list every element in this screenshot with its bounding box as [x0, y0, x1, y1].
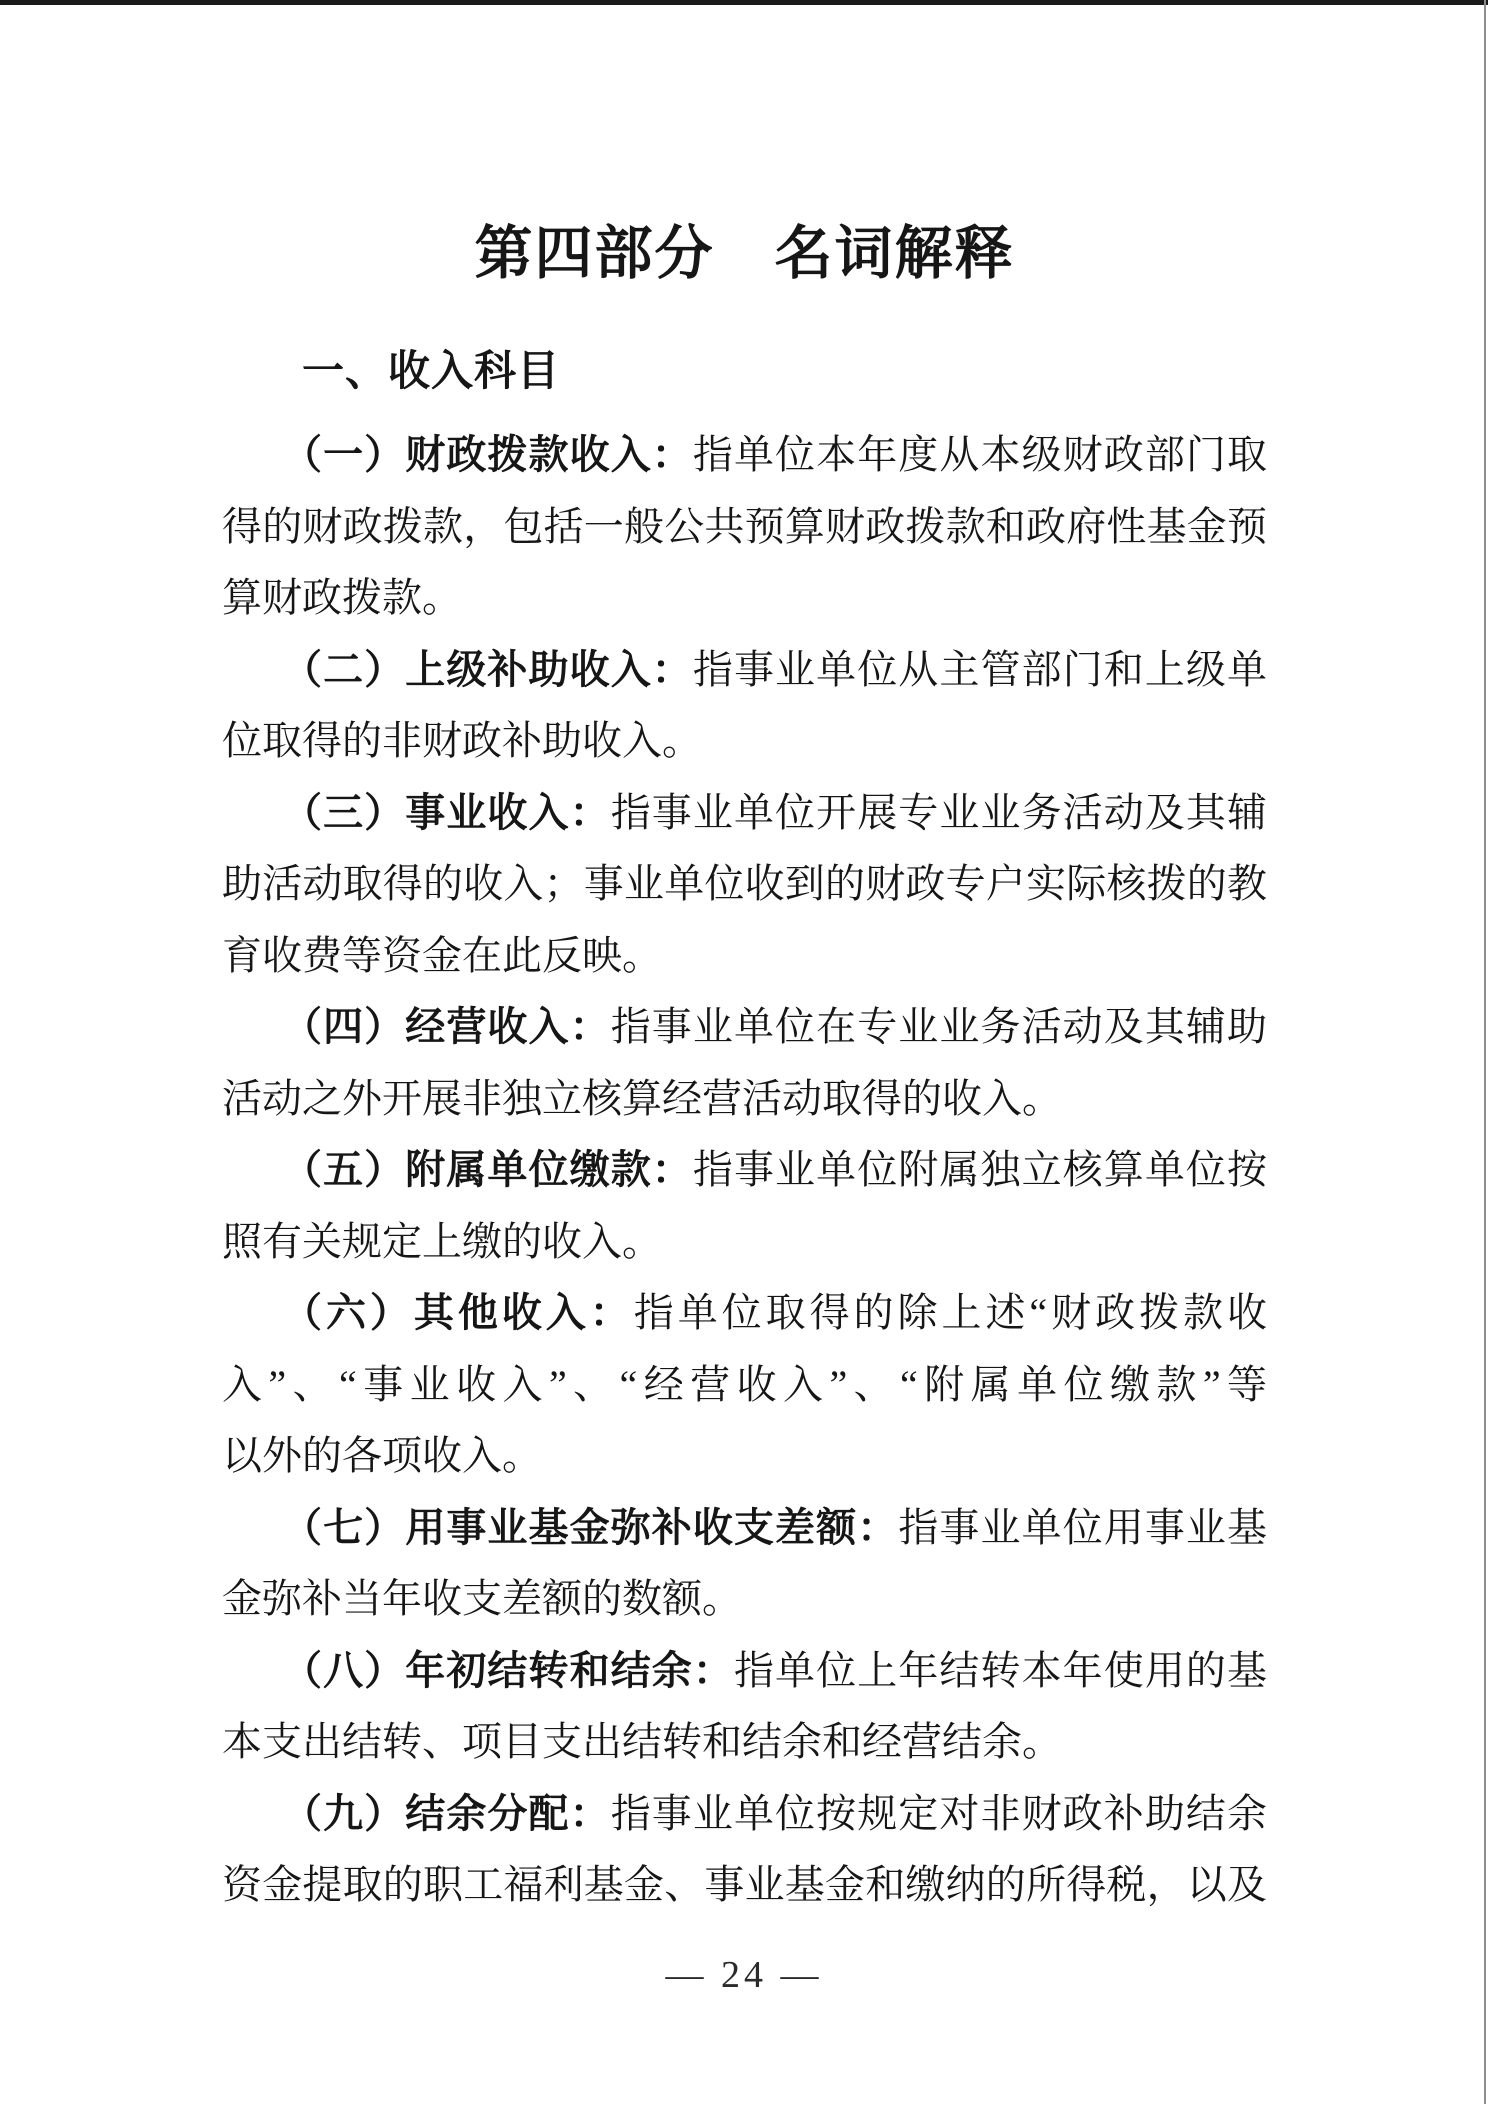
- document-body: （一）财政拨款收入：指单位本年度从本级财政部门取 得的财政拨款，包括一般公共预算…: [222, 419, 1267, 1921]
- term-label: （七）用事业基金弥补收支差额：: [282, 1506, 898, 1550]
- definition-text: 指单位上年结转本年使用的基: [734, 1648, 1267, 1693]
- definition-text: 金弥补当年收支差额的数额。: [222, 1576, 742, 1621]
- paragraph-line: 位取得的非财政补助收入。: [222, 705, 1267, 777]
- paragraph-line: 助活动取得的收入；事业单位收到的财政专户实际核拨的教: [222, 848, 1267, 920]
- definition-text: 活动之外开展非独立核算经营活动取得的收入。: [222, 1076, 1062, 1121]
- definition-text: 入”、“事业收入”、“经营收入”、“附属单位缴款”等: [222, 1362, 1267, 1407]
- definition-text: 位取得的非财政补助收入。: [222, 718, 702, 763]
- term-label: （四）经营收入：: [282, 1005, 611, 1049]
- paragraph-line: 得的财政拨款，包括一般公共预算财政拨款和政府性基金预: [222, 491, 1267, 563]
- paragraph-line: 算财政拨款。: [222, 562, 1267, 634]
- definition-text: 指单位本年度从本级财政部门取: [693, 432, 1267, 477]
- paragraph-line: 资金提取的职工福利基金、事业基金和缴纳的所得税，以及: [222, 1849, 1267, 1921]
- paragraph-line: （三）事业收入：指事业单位开展专业业务活动及其辅: [222, 777, 1267, 849]
- paragraph-line: （七）用事业基金弥补收支差额：指事业单位用事业基: [222, 1492, 1267, 1564]
- definition-text: 指事业单位在专业业务活动及其辅助: [611, 1004, 1267, 1049]
- paragraph-line: 活动之外开展非独立核算经营活动取得的收入。: [222, 1063, 1267, 1135]
- paragraph-line: 以外的各项收入。: [222, 1420, 1267, 1492]
- paragraph-line: 金弥补当年收支差额的数额。: [222, 1563, 1267, 1635]
- page-number: — 24 —: [0, 1950, 1488, 2000]
- term-label: （二）上级补助收入：: [282, 648, 693, 692]
- definition-text: 育收费等资金在此反映。: [222, 933, 662, 978]
- page-title: 第四部分 名词解释: [222, 222, 1267, 286]
- definition-text: 资金提取的职工福利基金、事业基金和缴纳的所得税，以及: [222, 1862, 1267, 1907]
- definition-text: 指事业单位开展专业业务活动及其辅: [611, 790, 1267, 835]
- definition-text: 指事业单位用事业基: [898, 1505, 1267, 1550]
- term-label: （五）附属单位缴款：: [282, 1148, 693, 1192]
- definition-text: 指事业单位按规定对非财政补助结余: [611, 1791, 1267, 1836]
- definition-text: 得的财政拨款，包括一般公共预算财政拨款和政府性基金预: [222, 504, 1267, 549]
- definition-text: 本支出结转、项目支出结转和结余和经营结余。: [222, 1719, 1062, 1764]
- paragraph-line: （六）其他收入：指单位取得的除上述“财政拨款收: [222, 1277, 1267, 1349]
- definition-text: 指事业单位从主管部门和上级单: [693, 647, 1267, 692]
- paragraph-line: （五）附属单位缴款：指事业单位附属独立核算单位按: [222, 1134, 1267, 1206]
- definition-text: 指单位取得的除上述“财政拨款收: [634, 1290, 1267, 1335]
- term-label: （九）结余分配：: [282, 1792, 611, 1836]
- paragraph-line: （二）上级补助收入：指事业单位从主管部门和上级单: [222, 634, 1267, 706]
- term-label: （六）其他收入：: [282, 1291, 634, 1335]
- paragraph-line: （四）经营收入：指事业单位在专业业务活动及其辅助: [222, 991, 1267, 1063]
- paragraph-line: 育收费等资金在此反映。: [222, 920, 1267, 992]
- definition-text: 算财政拨款。: [222, 575, 462, 620]
- paragraph-line: 照有关规定上缴的收入。: [222, 1206, 1267, 1278]
- term-label: （三）事业收入：: [282, 791, 611, 835]
- definition-text: 照有关规定上缴的收入。: [222, 1219, 662, 1264]
- scan-edge-right: [1484, 0, 1486, 2104]
- scan-edge-top: [0, 0, 1488, 5]
- document-page: { "page": { "title": "第四部分 名词解释", "page_…: [0, 0, 1488, 2104]
- paragraph-line: 本支出结转、项目支出结转和结余和经营结余。: [222, 1706, 1267, 1778]
- term-label: （八）年初结转和结余：: [282, 1649, 734, 1693]
- term-label: （一）财政拨款收入：: [282, 433, 693, 477]
- definition-text: 指事业单位附属独立核算单位按: [693, 1147, 1267, 1192]
- section-heading-income-categories: 一、收入科目: [302, 348, 560, 394]
- paragraph-line: （八）年初结转和结余：指单位上年结转本年使用的基: [222, 1635, 1267, 1707]
- paragraph-line: （九）结余分配：指事业单位按规定对非财政补助结余: [222, 1778, 1267, 1850]
- definition-text: 以外的各项收入。: [222, 1433, 542, 1478]
- paragraph-line: （一）财政拨款收入：指单位本年度从本级财政部门取: [222, 419, 1267, 491]
- definition-text: 助活动取得的收入；事业单位收到的财政专户实际核拨的教: [222, 861, 1267, 906]
- paragraph-line: 入”、“事业收入”、“经营收入”、“附属单位缴款”等: [222, 1349, 1267, 1421]
